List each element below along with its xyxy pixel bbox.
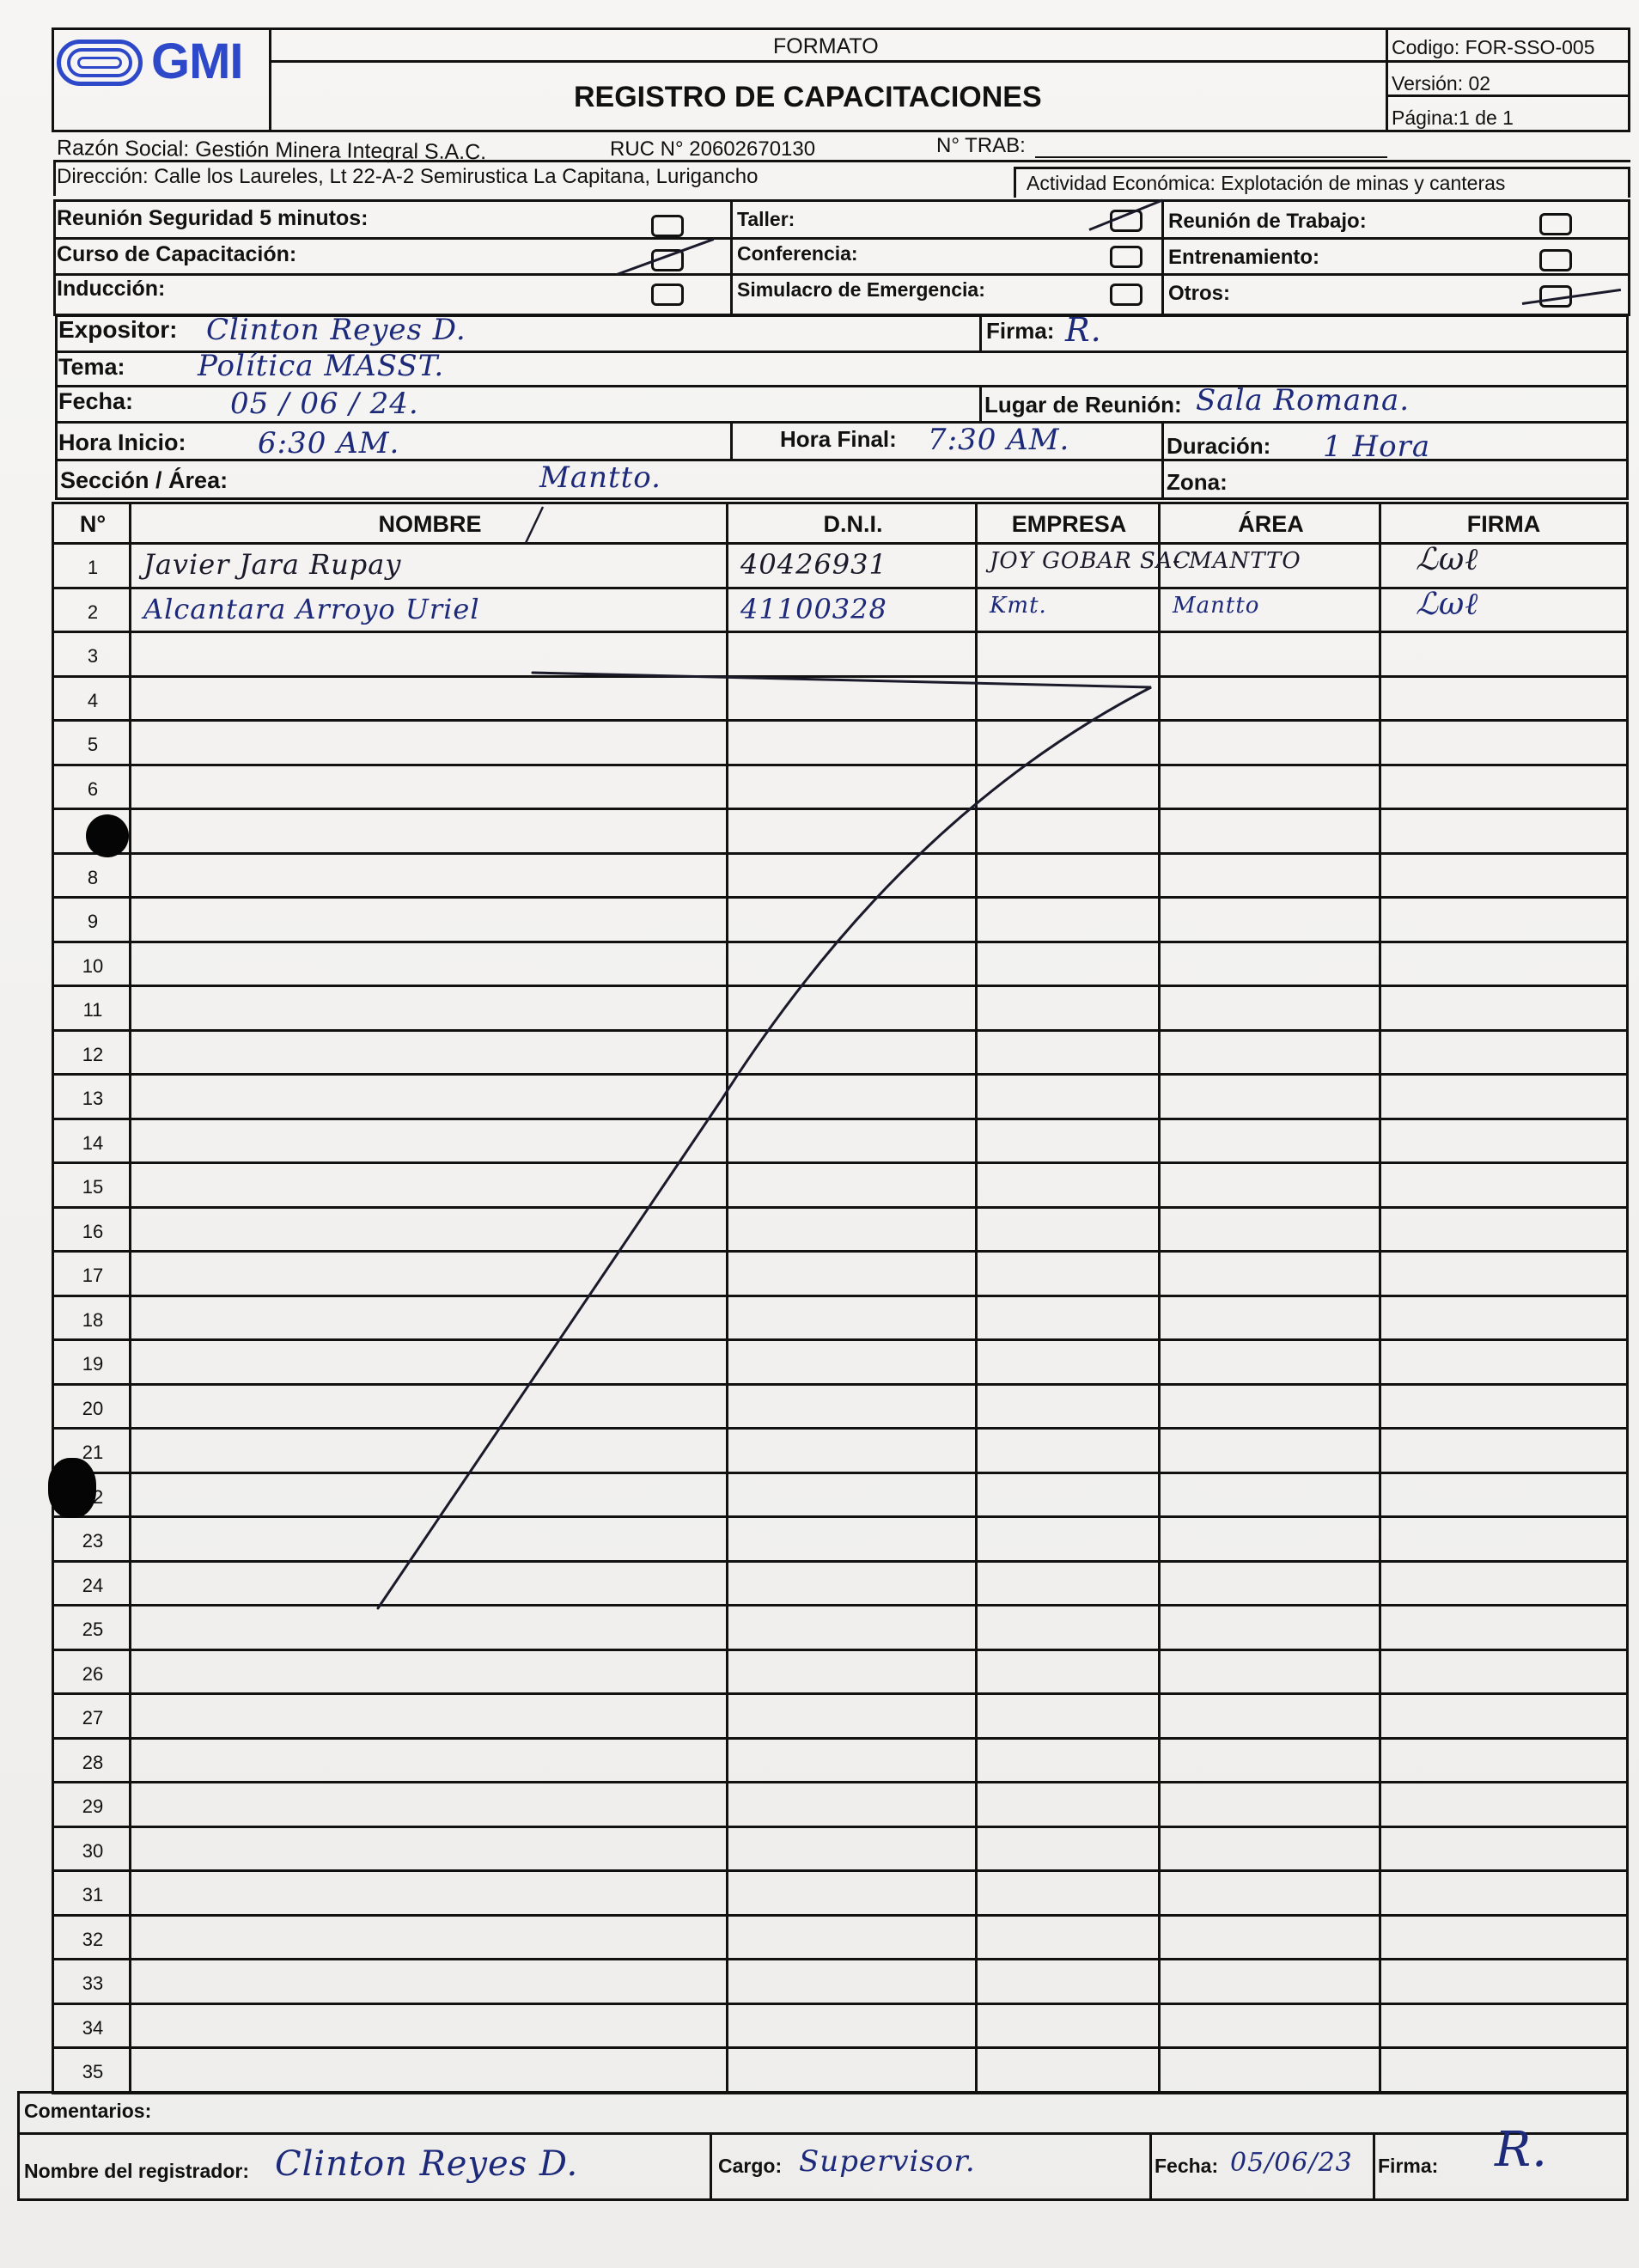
cargo-label: Cargo: xyxy=(718,2155,782,2178)
footer-fecha-label: Fecha: xyxy=(1155,2155,1218,2178)
footer-firma-value[interactable]: R. xyxy=(1495,2122,1548,2178)
footer-fecha-value[interactable]: 05/06/23 xyxy=(1230,2148,1353,2178)
form-sheet: GMI FORMATO REGISTRO DE CAPACITACIONES C… xyxy=(0,0,1639,2268)
cargo-value[interactable]: Supervisor. xyxy=(799,2144,976,2179)
punch-hole-mark xyxy=(86,814,129,857)
crossout-stroke xyxy=(0,0,1639,2268)
footer-firma-label: Firma: xyxy=(1378,2155,1438,2178)
registrador-label: Nombre del registrador: xyxy=(24,2160,249,2183)
registrador-value[interactable]: Clinton Reyes D. xyxy=(275,2144,578,2184)
punch-hole-mark xyxy=(48,1458,96,1518)
comentarios-label: Comentarios: xyxy=(24,2100,151,2123)
